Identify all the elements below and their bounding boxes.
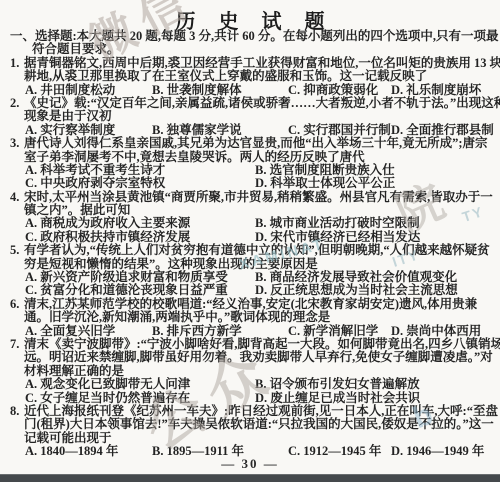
page-title: 历 史 试 题 xyxy=(0,0,500,30)
question-7-options-row-1: A. 观念变化已致脚带无人问津 B. 诏令颁布引发妇女普遍解放 xyxy=(10,378,494,391)
question-7-number: 7. xyxy=(10,338,24,351)
question-2-number: 2. xyxy=(10,97,24,110)
question-7-option-d: D. 废止缠足已成当时社会共识 xyxy=(255,392,494,405)
question-1-options: A. 井田制度松动 B. 世袭制度解体 C. 抑商政策弱化 D. 礼乐制度崩坏 xyxy=(10,84,494,97)
section-header-line-2: 符合题目要求。 xyxy=(10,43,494,56)
scan-edge-bar xyxy=(0,474,500,482)
question-8-line-2: 门(租界)大日本领事馆去!”车夫操吴侬软语道:“只拉我国的大国民,倭奴是不拉的。… xyxy=(10,418,494,431)
question-4-number: 4. xyxy=(10,191,24,204)
question-1-line-1: 据青铜器铭文,西周中后期,裘卫因经营手工业获得财富和地位,一位名叫矩的贵族用 1… xyxy=(24,56,500,70)
question-4-options-row-1: A. 商税成为政府收入主要来源 B. 城市商业活动打破时空限制 xyxy=(10,217,494,230)
question-3: 3.唐代诗人刘得仁系皇亲国戚,其兄弟为达官显贵,而他“出入举场三十年,竟无所成”… xyxy=(10,137,494,191)
question-1-option-a: A. 井田制度松动 xyxy=(25,84,152,97)
question-5-line-1: 有学者认为,“传统上人们对贫穷抱有道德中立的认知”,但明朝晚期,“人们越来越怀疑… xyxy=(24,243,490,257)
question-2-line-1: 《史记》载:“汉定百年之间,亲属益疏,诸侯或骄奢……大者叛逆,小者不轨于法。”出… xyxy=(24,96,500,110)
question-4-line-1: 宋时,太平州当涂县黄池镇“商贾所聚,市井贸易,稍稍繁盛。州县官凡有需索,皆取办于… xyxy=(24,190,493,204)
question-4: 4.宋时,太平州当涂县黄池镇“商贾所聚,市井贸易,稍稍繁盛。州县官凡有需索,皆取… xyxy=(10,191,494,245)
question-5-option-c: C. 贫富分化和道德沦丧现象日益严重 xyxy=(25,284,255,297)
question-6: 6.清末,江苏某师范学校的校歌唱道:“经义治事,安定(北宋教育家胡安定)遗风,体… xyxy=(10,298,494,338)
question-8: 8.近代上海报纸刊登《纪苏州一车夫》:昨日经过观前街,见一日本人,正在叫车,大呼… xyxy=(10,405,494,459)
question-6-options: A. 全面复兴旧学 B. 排斥西方新学 C. 新学消解旧学 D. 崇尚中体西用 xyxy=(10,325,494,338)
question-1-option-d: D. 礼乐制度崩坏 xyxy=(391,84,494,97)
question-5: 5.有学者认为,“传统上人们对贫穷抱有道德中立的认知”,但明朝晚期,“人们越来越… xyxy=(10,244,494,298)
question-1-option-c: C. 抑商政策弱化 xyxy=(288,84,391,97)
question-4-option-a: A. 商税成为政府收入主要来源 xyxy=(25,217,255,230)
question-1-option-b: B. 世袭制度解体 xyxy=(152,84,288,97)
exam-paper-page: 微信 公众 院 XAMINAT ITY TY b 历 史 试 题 一、选择题:本… xyxy=(0,0,500,482)
question-1-line-2: 耕地,从裘卫那里换取了在王室仪式上穿戴的盛服和玉饰。这一记载反映了 xyxy=(10,70,494,83)
question-6-option-c: C. 新学消解旧学 xyxy=(288,325,391,338)
question-5-option-d: D. 反正统思想成为当时社会主流思想 xyxy=(255,284,494,297)
question-4-option-b: B. 城市商业活动打破时空限制 xyxy=(255,217,494,230)
question-7-option-b: B. 诏令颁布引发妇女普遍解放 xyxy=(255,378,494,391)
question-1-number: 1. xyxy=(10,57,24,70)
question-3-line-1: 唐代诗人刘得仁系皇亲国戚,其兄弟为达官显贵,而他“出入举场三十年,竟无所成”;唐… xyxy=(24,136,488,150)
question-7-option-a: A. 观念变化已致脚带无人问津 xyxy=(25,378,255,391)
question-3-options-row-2: C. 中央政府剥夺宗室特权 D. 科举取士体现公平公正 xyxy=(10,177,494,190)
question-1: 1.据青铜器铭文,西周中后期,裘卫因经营手工业获得财富和地位,一位名叫矩的贵族用… xyxy=(10,57,494,97)
question-3-line-2: 室子弟李洞屡考不中,竟想去皇陵哭诉。两人的经历反映了唐代 xyxy=(10,151,494,164)
question-6-option-a: A. 全面复兴旧学 xyxy=(25,325,152,338)
question-6-number: 6. xyxy=(10,298,24,311)
question-7: 7.清末《卖宁波脚带》:“宁波小脚啥好看,脚背高起一大段。如何脚带竟出名,四乡八… xyxy=(10,338,494,405)
question-7-options-row-2: C. 女子缠足当时仍然普遍存在 D. 废止缠足已成当时社会共识 xyxy=(10,392,494,405)
question-7-option-c: C. 女子缠足当时仍然普遍存在 xyxy=(25,392,255,405)
page-number: — 30 — xyxy=(0,456,500,472)
question-7-line-2: 远。明诏近来禁缠脚,脚带虽好用勿着。我劝卖脚带人早弃行,免使女子缠脚遭凌虐。”对 xyxy=(10,351,494,364)
question-3-number: 3. xyxy=(10,137,24,150)
question-6-line-1: 清末,江苏某师范学校的校歌唱道:“经义治事,安定(北宋教育家胡安定)遗风,体用贵… xyxy=(24,297,477,311)
question-2: 2.《史记》载:“汉定百年之间,亲属益疏,诸侯或骄奢……大者叛逆,小者不轨于法。… xyxy=(10,97,494,137)
question-3-option-d: D. 科举取士体现公平公正 xyxy=(255,177,494,190)
question-6-option-d: D. 崇尚中体西用 xyxy=(391,325,494,338)
question-7-line-1: 清末《卖宁波脚带》:“宁波小脚啥好看,脚背高起一大段。如何脚带竟出名,四乡八镇销… xyxy=(24,337,500,351)
question-6-option-b: B. 排斥西方新学 xyxy=(152,325,288,338)
exam-content: 一、选择题:本大题共 20 题,每题 3 分,共计 60 分。在每小题列出的四个… xyxy=(0,30,500,459)
question-8-number: 8. xyxy=(10,405,24,418)
question-5-number: 5. xyxy=(10,244,24,257)
question-3-option-c: C. 中央政府剥夺宗室特权 xyxy=(25,177,255,190)
question-6-line-2: 通。旧学沉沦,新知潮涌,两端执乎中。”歌词体现的理念是 xyxy=(10,311,494,324)
question-8-line-1: 近代上海报纸刊登《纪苏州一车夫》:昨日经过观前街,见一日本人,正在叫车,大呼:“… xyxy=(24,404,498,418)
question-5-options-row-2: C. 贫富分化和道德沦丧现象日益严重 D. 反正统思想成为当时社会主流思想 xyxy=(10,284,494,297)
question-2-line-2: 现象是由于汉初 xyxy=(10,110,494,123)
